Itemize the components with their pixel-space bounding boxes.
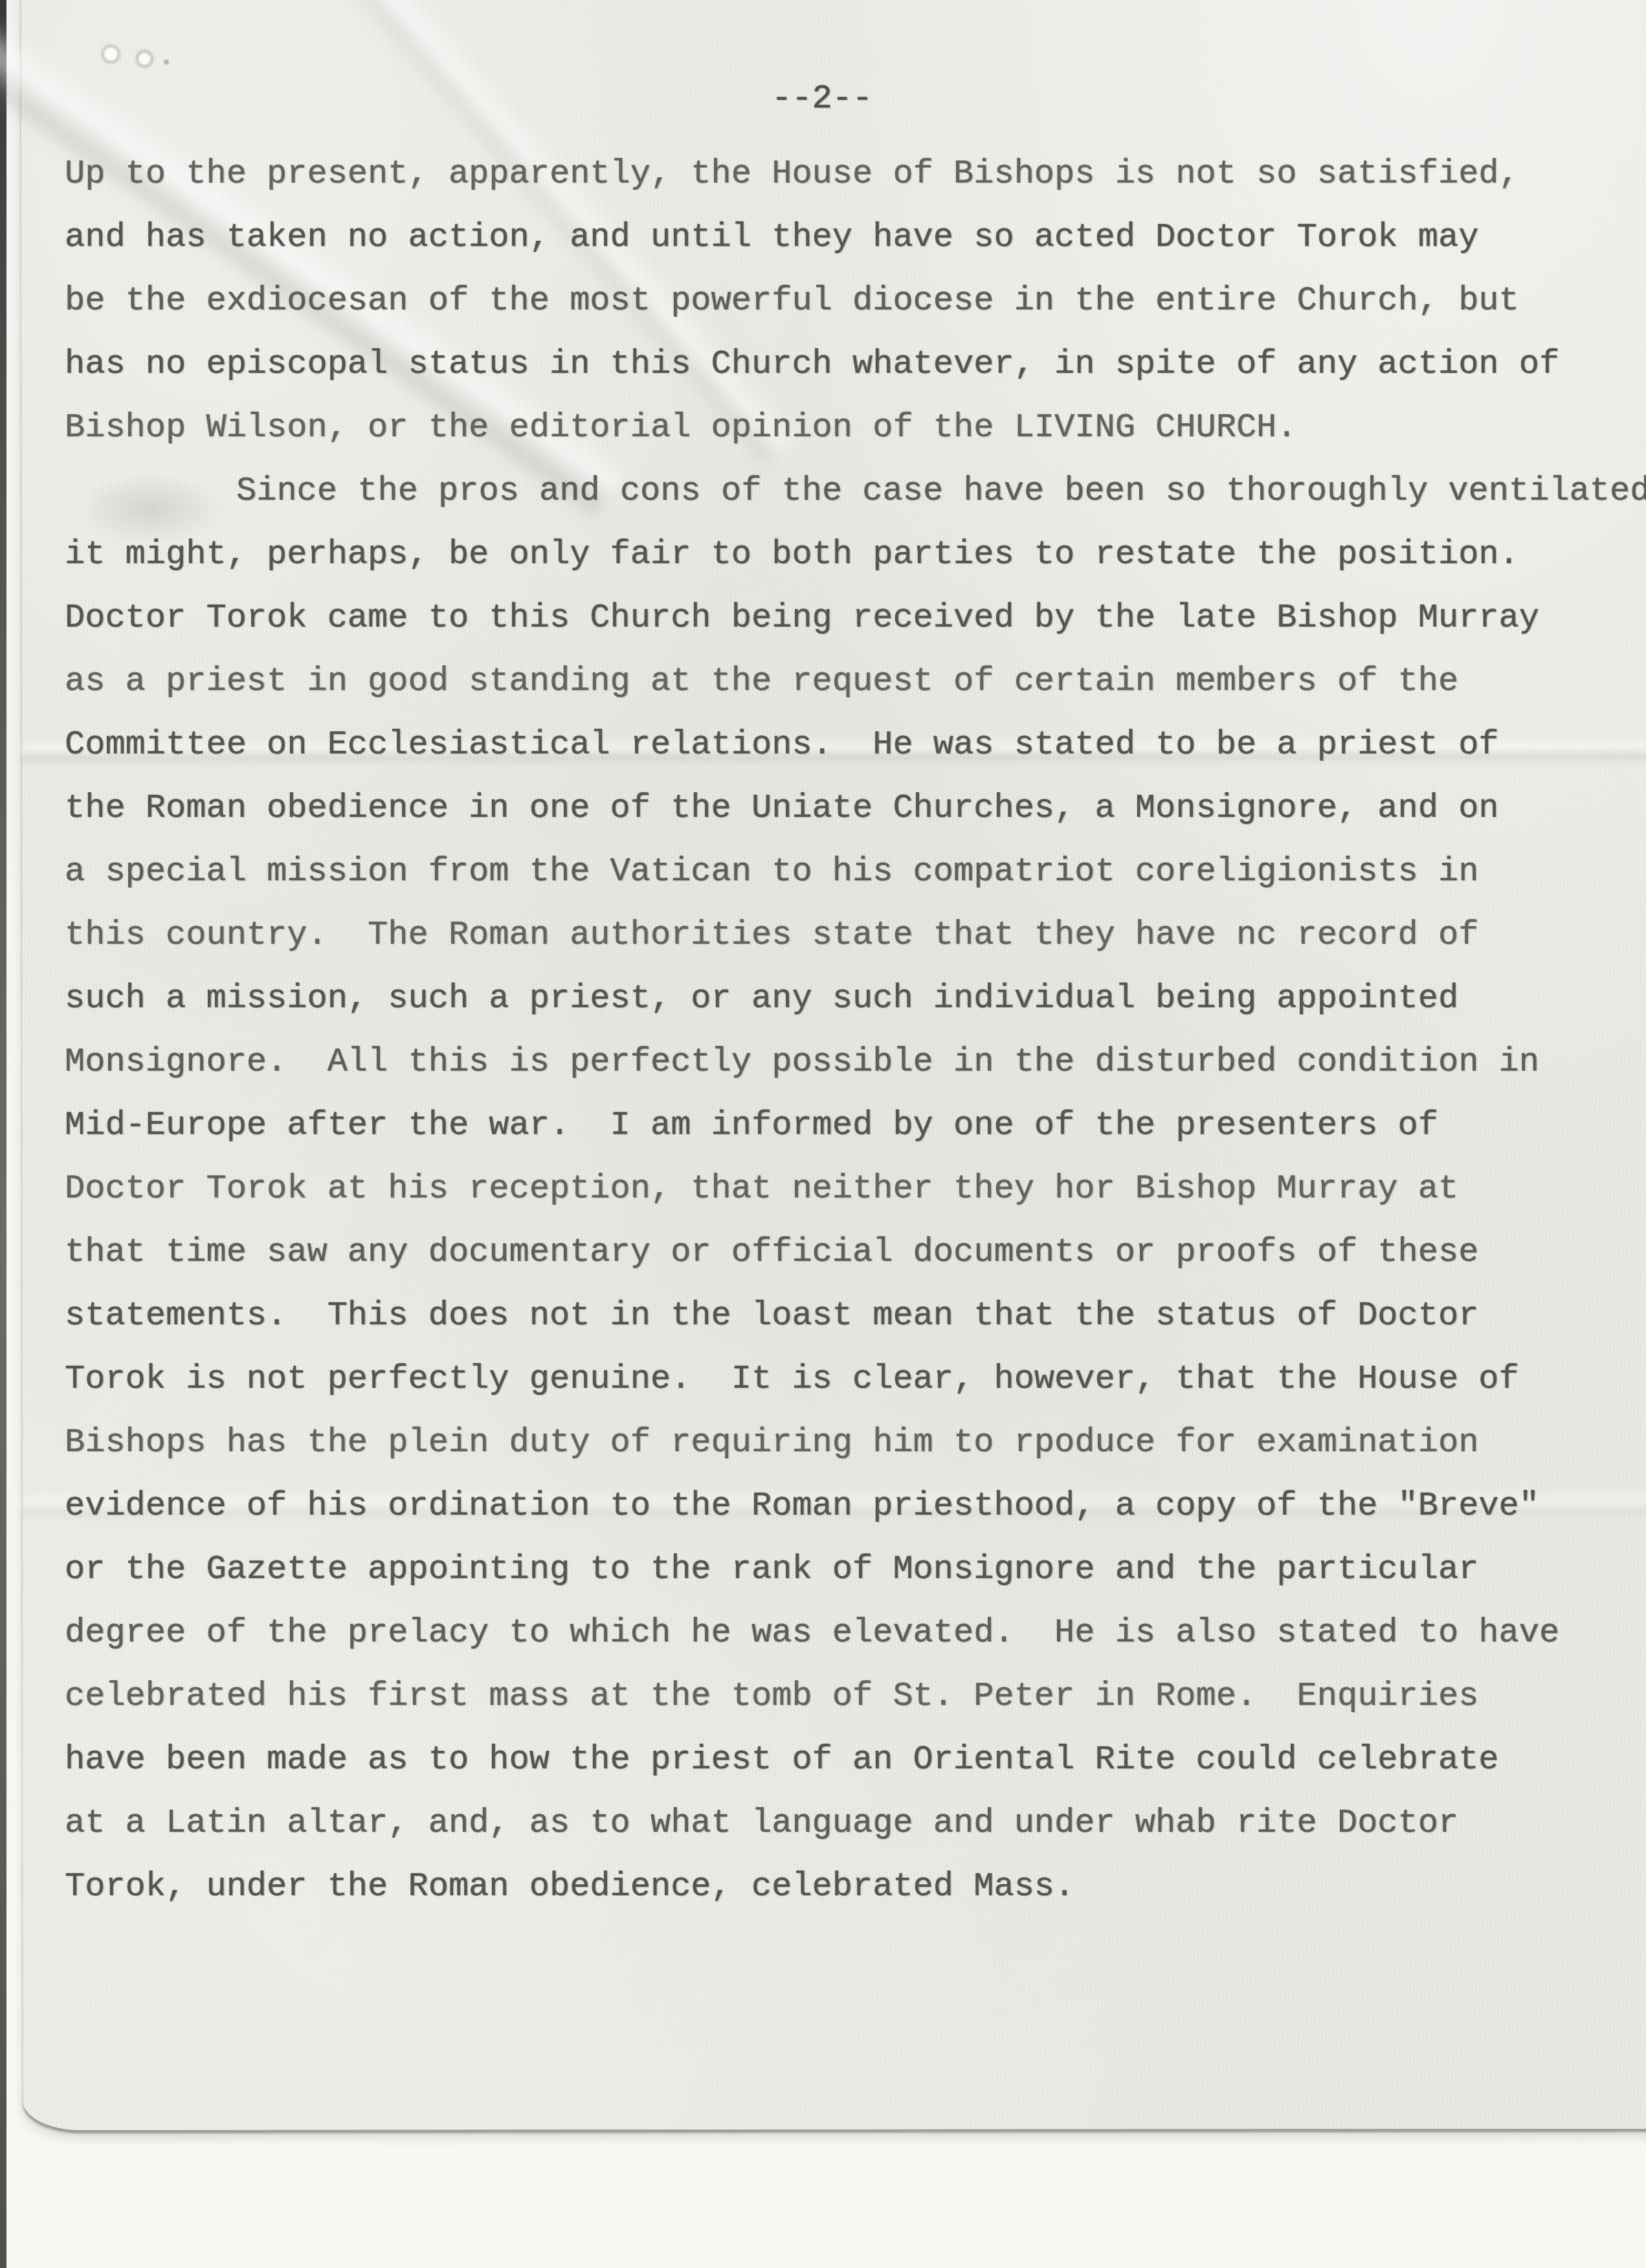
text-line: as a priest in good standing at the requ… <box>65 650 1599 713</box>
text-line: Torok, under the Roman obedience, celebr… <box>65 1855 1599 1918</box>
text-line: it might, perhaps, be only fair to both … <box>65 523 1599 586</box>
text-line: Doctor Torok at his reception, that neit… <box>65 1157 1599 1221</box>
text-line: and has taken no action, and until they … <box>65 206 1599 269</box>
page-number: --2-- <box>65 67 1579 131</box>
text-line: Committee on Ecclesiastical relations. H… <box>65 713 1599 777</box>
text-line: Bishops has the plein duty of requiring … <box>65 1411 1599 1474</box>
text-line: Since the pros and cons of the case have… <box>65 460 1599 523</box>
text-line: has no episcopal status in this Church w… <box>65 333 1599 396</box>
text-line: degree of the prelacy to which he was el… <box>65 1601 1599 1665</box>
text-line: Mid-Europe after the war. I am informed … <box>65 1094 1599 1157</box>
scanned-document: { "document": { "page_number": "--2--", … <box>0 0 1646 2268</box>
text-line: be the exdiocesan of the most powerful d… <box>65 269 1599 333</box>
text-line: Doctor Torok came to this Church being r… <box>65 586 1599 650</box>
text-line: Monsignore. All this is perfectly possib… <box>65 1030 1599 1094</box>
text-line: the Roman obedience in one of the Uniate… <box>65 777 1599 840</box>
text-line: Bishop Wilson, or the editorial opinion … <box>65 396 1599 460</box>
text-line: have been made as to how the priest of a… <box>65 1728 1599 1792</box>
text-line: Up to the present, apparently, the House… <box>65 142 1599 206</box>
text-line: at a Latin altar, and, as to what langua… <box>65 1792 1599 1855</box>
typewritten-text: Up to the present, apparently, the House… <box>65 142 1599 1918</box>
text-line: a special mission from the Vatican to hi… <box>65 840 1599 904</box>
text-line: statements. This does not in the loast m… <box>65 1284 1599 1348</box>
text-line: or the Gazette appointing to the rank of… <box>65 1538 1599 1601</box>
text-line: such a mission, such a priest, or any su… <box>65 967 1599 1030</box>
text-line: celebrated his first mass at the tomb of… <box>65 1665 1599 1728</box>
text-line: this country. The Roman authorities stat… <box>65 904 1599 967</box>
text-line: evidence of his ordination to the Roman … <box>65 1474 1599 1538</box>
scanner-edge-strip <box>0 0 6 2268</box>
text-line: Torok is not perfectly genuine. It is cl… <box>65 1348 1599 1411</box>
text-line: that time saw any documentary or officia… <box>65 1221 1599 1284</box>
